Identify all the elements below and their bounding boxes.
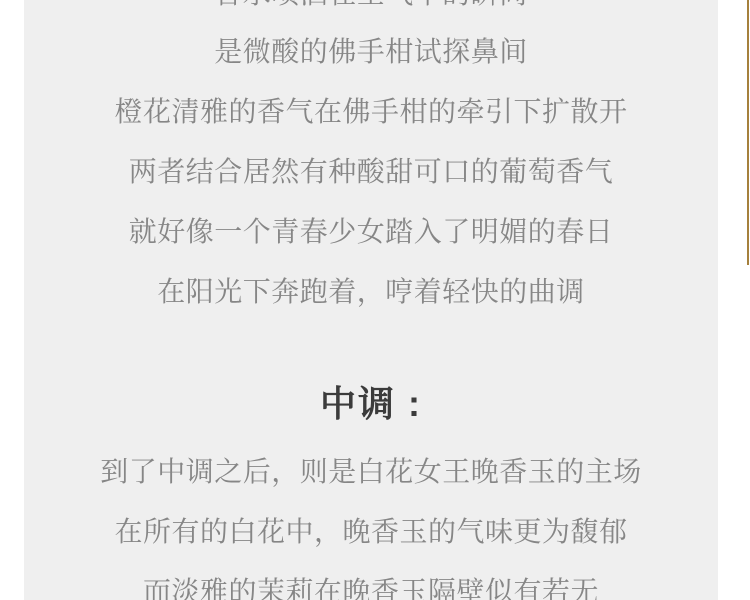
description-line: 到了中调之后，则是白花女王晚香玉的主场 [24, 457, 718, 487]
description-line-clipped-bottom: 而淡雅的茉莉在晚香玉隔壁似有若无 [24, 577, 718, 600]
description-line: 就好像一个青春少女踏入了明媚的春日 [24, 217, 718, 247]
right-gold-accent-line [747, 0, 749, 265]
description-text-panel: 香水喷洒在空气中的瞬间 是微酸的佛手柑试探鼻间 橙花清雅的香气在佛手柑的牵引下扩… [24, 0, 718, 600]
description-line: 是微酸的佛手柑试探鼻间 [24, 37, 718, 67]
product-description-page: 香水喷洒在空气中的瞬间 是微酸的佛手柑试探鼻间 橙花清雅的香气在佛手柑的牵引下扩… [0, 0, 750, 600]
description-line: 在阳光下奔跑着，哼着轻快的曲调 [24, 277, 718, 307]
description-line: 在所有的白花中，晚香玉的气味更为馥郁 [24, 517, 718, 547]
description-line-clipped-top: 香水喷洒在空气中的瞬间 [24, 0, 718, 9]
description-line: 两者结合居然有种酸甜可口的葡萄香气 [24, 157, 718, 187]
description-line: 橙花清雅的香气在佛手柑的牵引下扩散开 [24, 97, 718, 127]
middle-notes-heading: 中调 : [24, 384, 718, 424]
